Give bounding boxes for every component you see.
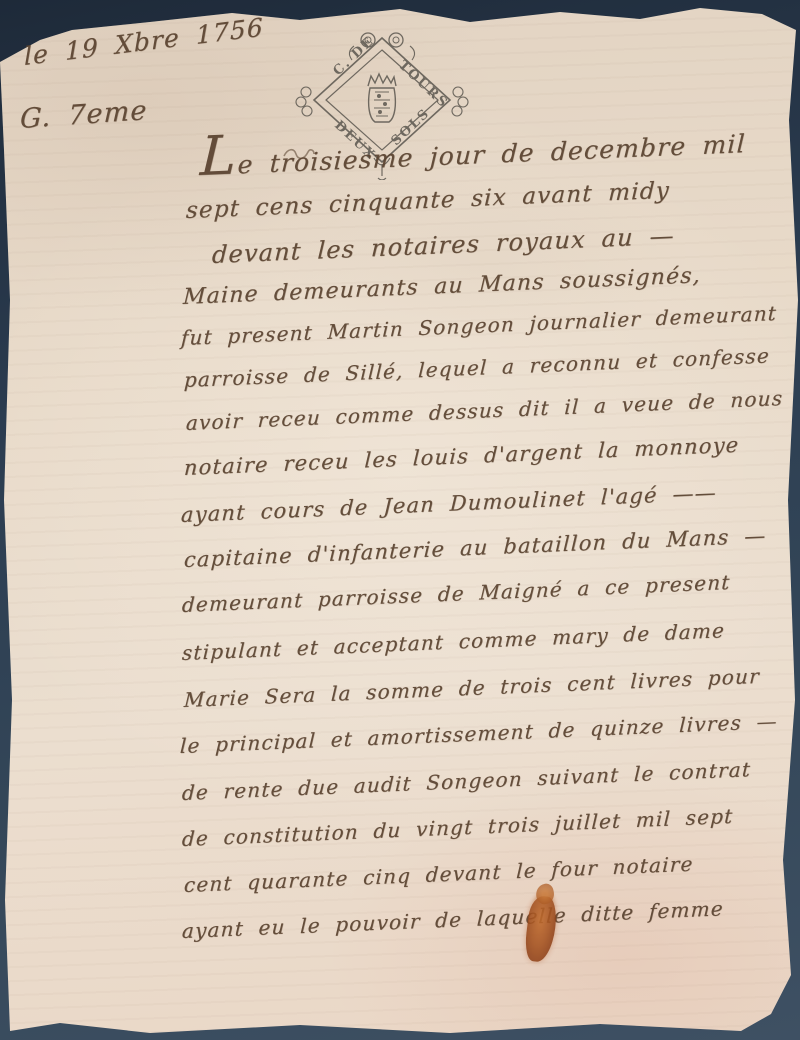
stamp-label-c-de: C. DE xyxy=(330,34,377,79)
stamp-crown-emblem-icon xyxy=(368,74,396,122)
stamp-label-tours: TOURS xyxy=(395,58,451,112)
